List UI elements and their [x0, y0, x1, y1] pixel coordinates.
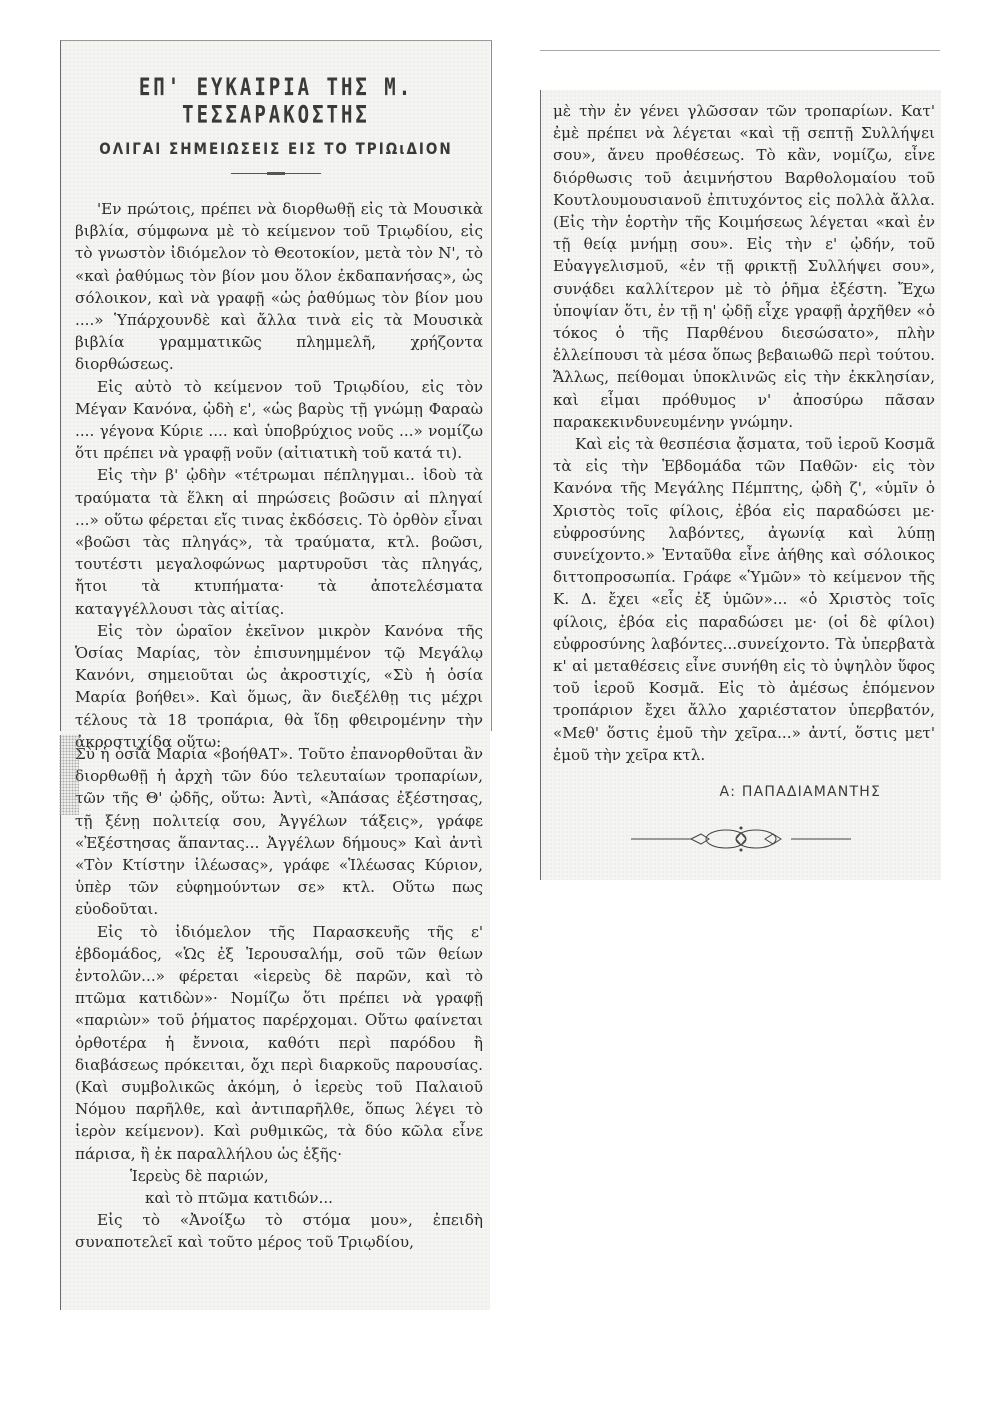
article-body-left-upper: 'Εν πρώτοις, πρέπει νὰ διορθωθῇ εἰς τὰ Μ… [61, 198, 491, 753]
paragraph: μὲ τὴν ἐν γένει γλῶσσαν τῶν τροπαρίων. Κ… [553, 100, 935, 433]
left-column-clipping: ΕΠ' ΕΥΚΑΙΡΙΑ ΤΗΣ Μ. ΤΕΣΣΑΡΑΚΟΣΤΗΣ ΟΛΙΓΑΙ… [60, 40, 490, 1310]
top-rule-right [540, 50, 940, 51]
scan-smudge [59, 735, 79, 815]
scroll-flourish-ornament-icon [631, 824, 851, 854]
paragraph: Εἰς τὸ «Ἀνοίξω τὸ στόμα μου», ἐπειδὴ συν… [75, 1209, 483, 1253]
right-column-clipping: μὲ τὴν ἐν γένει γλῶσσαν τῶν τροπαρίων. Κ… [540, 90, 941, 880]
paragraph: Εἰς τὸ ἰδιόμελον τῆς Παρασκευῆς τῆς ε' ἑ… [75, 921, 483, 1165]
author-signature: Α: ΠΑΠΑΔΙΑΜΑΝΤΗΣ [541, 784, 881, 800]
paragraph: Εἰς αὐτὸ τὸ κείμενον τοῦ Τριῳδίου, εἰς τ… [75, 376, 483, 465]
title-divider-ornament-icon [231, 173, 321, 174]
article-body-left-lower: Σὺ ἡ ὁσία Μαρία «βοήθΑΤ». Τοῦτο ἐπανορθο… [61, 743, 491, 1254]
paragraph: Σὺ ἡ ὁσία Μαρία «βοήθΑΤ». Τοῦτο ἐπανορθο… [75, 743, 483, 921]
left-clipping-upper: ΕΠ' ΕΥΚΑΙΡΙΑ ΤΗΣ Μ. ΤΕΣΣΑΡΑΚΟΣΤΗΣ ΟΛΙΓΑΙ… [60, 40, 492, 731]
article-title: ΕΠ' ΕΥΚΑΙΡΙΑ ΤΗΣ Μ. ΤΕΣΣΑΡΑΚΟΣΤΗΣ [61, 74, 491, 129]
verse-line: καὶ τὸ πτῶμα κατιδών... [75, 1187, 483, 1209]
left-clipping-lower: Σὺ ἡ ὁσία Μαρία «βοήθΑΤ». Τοῦτο ἐπανορθο… [60, 735, 491, 1310]
paragraph: Εἰς τὸν ὡραῖον ἐκεῖνον μικρὸν Κανόνα τῆς… [75, 620, 483, 753]
paragraph: Εἰς τὴν β' ᾠδὴν «τέτρωμαι πέπληγμαι.. ἰδ… [75, 464, 483, 619]
article-subtitle: ΟΛΙΓΑΙ ΣΗΜΕΙΩΣΕΙΣ ΕΙΣ ΤΟ ΤΡΙΩιΔΙΟΝ [61, 139, 491, 158]
article-body-right: μὲ τὴν ἐν γένει γλῶσσαν τῶν τροπαρίων. Κ… [541, 100, 941, 766]
verse-line: Ἱερεὺς δὲ παριών, [75, 1165, 483, 1187]
paragraph: Καὶ εἰς τὰ θεσπέσια ᾄσματα, τοῦ ἱεροῦ Κο… [553, 433, 935, 766]
paragraph: 'Εν πρώτοις, πρέπει νὰ διορθωθῇ εἰς τὰ Μ… [75, 198, 483, 376]
